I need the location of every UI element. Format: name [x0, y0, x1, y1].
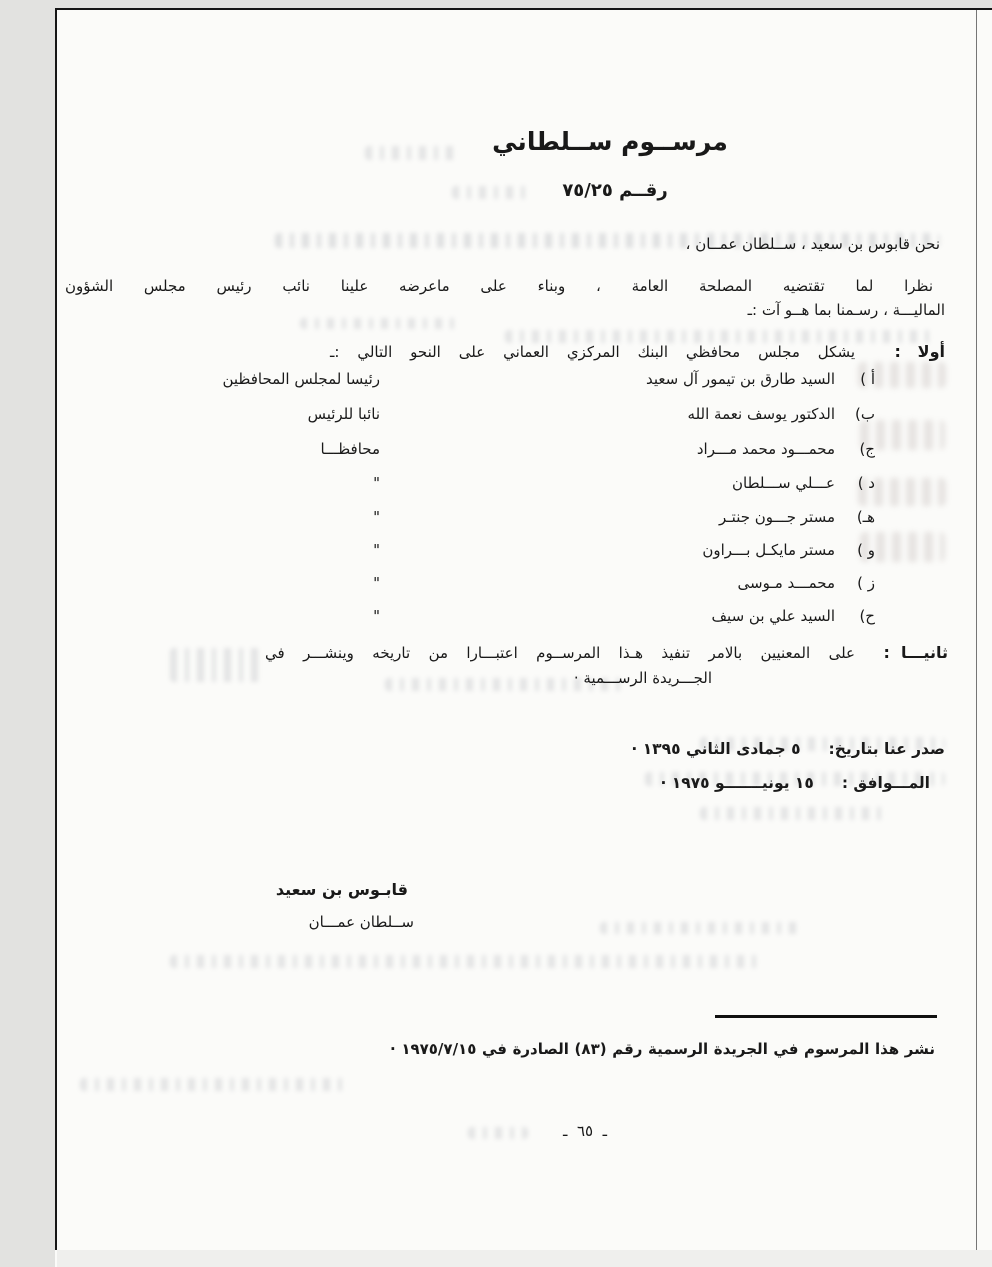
- member-role: محافظـــا: [260, 440, 380, 458]
- page-edge-line-top: [55, 8, 992, 10]
- recital-line-1: نظرا لما تقتضيه المصلحة العامة ، وبناء ع…: [65, 277, 945, 296]
- member-role: رئيسا لمجلس المحافظين: [260, 370, 380, 388]
- recital-line-2: الماليـــة ، رسـمنا بما هــو آت :ـ: [748, 301, 945, 320]
- signature-name: قابـوس بن سعيد: [276, 880, 408, 900]
- member-letter: هـ): [857, 508, 875, 526]
- member-role: ": [260, 541, 380, 559]
- scanned-decree-page: { "document": { "title": "مرســوم ســلطا…: [0, 0, 992, 1267]
- member-row: أ ) السيد طارق بن تيمور آل سعيد رئيسا لم…: [250, 370, 875, 396]
- issue-date-label: صدر عنا بتاريخ:: [829, 740, 945, 758]
- bleedthrough-artifact: [80, 1078, 345, 1091]
- article-second-line-1: على المعنيين بالامر تنفيذ هـذا المرســوم…: [265, 644, 855, 663]
- bleedthrough-artifact: [170, 648, 260, 682]
- member-name: محمـــود محمد مـــراد: [697, 440, 835, 458]
- article-second-line-2: الجـــريدة الرســـمية ·: [574, 669, 712, 688]
- article-first-label: أولا :: [895, 342, 945, 362]
- member-row: ج) محمـــود محمد مـــراد محافظـــا: [250, 440, 875, 466]
- page-edge-line-left: [55, 8, 57, 1250]
- bleedthrough-artifact: [505, 330, 935, 343]
- member-role: ": [260, 607, 380, 625]
- page-number: ـ ٦٥ ـ: [455, 1122, 715, 1141]
- member-name: السيد طارق بن تيمور آل سعيد: [646, 370, 835, 388]
- member-row: و ) مستر مايكـل بـــراون ": [250, 541, 875, 567]
- issue-date-hijri-line: صدر عنا بتاريخ: ٥ جمادى الثاني ١٣٩٥ ·: [631, 740, 945, 758]
- signature-title: ســلطان عمـــان: [309, 913, 414, 932]
- member-name: الدكتور يوسف نعمة الله: [688, 405, 835, 423]
- member-letter: أ ): [860, 370, 875, 388]
- member-name: محمـــد مـوسى: [738, 574, 835, 592]
- bleedthrough-artifact: [700, 807, 885, 820]
- member-role: ": [260, 508, 380, 526]
- member-letter: و ): [857, 541, 875, 559]
- member-row: ح) السيد علي بن سيف ": [250, 607, 875, 633]
- member-row: د ) عـــلي ســـلطان ": [250, 474, 875, 500]
- footnote-separator-line: [715, 1015, 937, 1018]
- scanner-background-bottom: [57, 1250, 992, 1267]
- decree-number: رقــم ٧٥/٢٥: [235, 180, 992, 203]
- article-first-intro: يشكل مجلس محافظي البنك المركزي العماني ع…: [330, 343, 855, 362]
- member-role: ": [260, 474, 380, 492]
- member-name: مستر جـــون جنتـر: [719, 508, 835, 526]
- member-letter: د ): [858, 474, 875, 492]
- member-role: ": [260, 574, 380, 592]
- member-row: ز ) محمـــد مـوسى ": [250, 574, 875, 600]
- member-name: مستر مايكـل بـــراون: [702, 541, 835, 559]
- member-name: السيد علي بن سيف: [712, 607, 835, 625]
- member-letter: ز ): [857, 574, 875, 592]
- scanner-background-left: [0, 0, 55, 1267]
- member-letter: ح): [859, 607, 875, 625]
- bleedthrough-artifact: [300, 318, 460, 329]
- member-row: ب) الدكتور يوسف نعمة الله نائبا للرئيس: [250, 405, 875, 431]
- scanner-background-top: [0, 0, 992, 8]
- corresponding-label: المـــوافق :: [842, 774, 930, 792]
- member-letter: ب): [855, 405, 875, 423]
- preamble-line: نحن قابوس بن سعيد ، ســلطان عمــان ،: [686, 235, 940, 254]
- decree-title: مرســوم ســلطاني: [230, 126, 990, 157]
- corresponding-value: ١٥ يونيـــــــو ١٩٧٥ ·: [660, 774, 813, 792]
- member-row: هـ) مستر جـــون جنتـر ": [250, 508, 875, 534]
- footnote-text: نشر هذا المرسوم في الجريدة الرسمية رقم (…: [390, 1040, 935, 1059]
- article-second-label: ثانيـــا :: [883, 643, 948, 663]
- board-members-list: أ ) السيد طارق بن تيمور آل سعيد رئيسا لم…: [250, 362, 875, 647]
- member-role: نائبا للرئيس: [260, 405, 380, 423]
- bleedthrough-artifact: [170, 955, 760, 968]
- issue-date-gregorian-line: المـــوافق : ١٥ يونيـــــــو ١٩٧٥ ·: [660, 774, 930, 792]
- member-name: عـــلي ســـلطان: [732, 474, 835, 492]
- bleedthrough-artifact: [600, 922, 800, 934]
- issue-date-value: ٥ جمادى الثاني ١٣٩٥ ·: [631, 740, 800, 758]
- member-letter: ج): [859, 440, 875, 458]
